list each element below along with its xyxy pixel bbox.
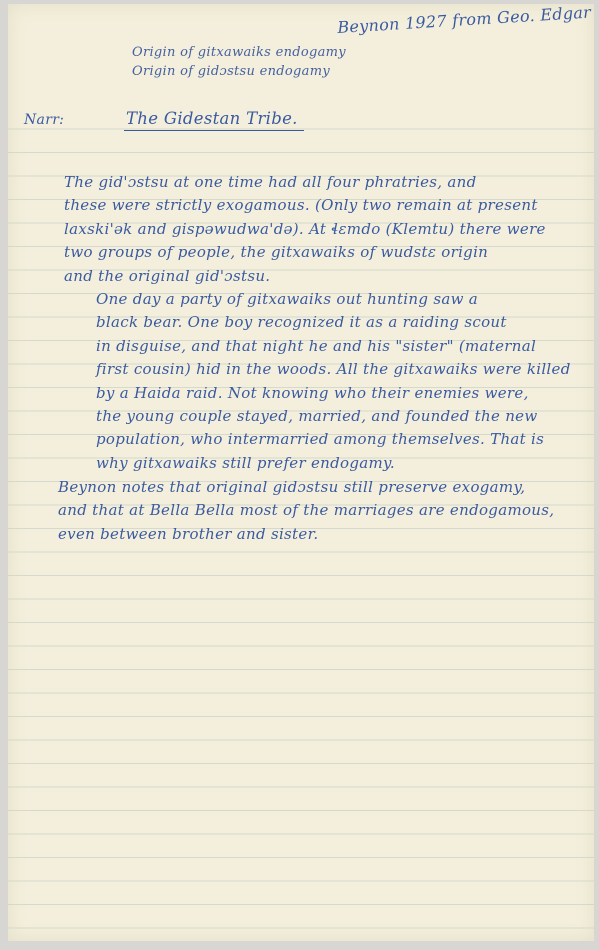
narrator-label: Narr: xyxy=(24,112,64,128)
handwritten-line: black bear. One boy recognized it as a r… xyxy=(96,311,571,334)
paragraph-story: One day a party of gitxawaiks out huntin… xyxy=(96,288,571,475)
handwritten-line: Beynon notes that original gidɔstsu stil… xyxy=(58,476,554,499)
handwritten-line: the young couple stayed, married, and fo… xyxy=(96,405,571,428)
header-line: Origin of gitxawaiks endogamy xyxy=(132,44,346,63)
handwritten-line: in disguise, and that night he and his "… xyxy=(96,335,571,358)
handwritten-line: these were strictly exogamous. (Only two… xyxy=(64,194,546,217)
handwritten-line: and the original gid'ɔstsu. xyxy=(64,265,546,288)
handwritten-line: laxski'ək and gispəwudwa'də). At ɬɛmdo (… xyxy=(64,218,546,241)
scanned-document: { "doc": { "annotation": "Beynon 1927 fr… xyxy=(0,0,599,950)
handwritten-line: first cousin) hid in the woods. All the … xyxy=(96,358,571,381)
handwritten-line: population, who intermarried among thems… xyxy=(96,428,571,451)
handwritten-line: why gitxawaiks still prefer endogamy. xyxy=(96,452,571,475)
paragraph-conclusion: Beynon notes that original gidɔstsu stil… xyxy=(58,476,554,546)
handwritten-line: even between brother and sister. xyxy=(58,523,554,546)
handwritten-line: by a Haida raid. Not knowing who their e… xyxy=(96,382,571,405)
header-line: Origin of gidɔstsu endogamy xyxy=(132,63,346,82)
source-annotation: Beynon 1927 from Geo. Edgar xyxy=(337,3,592,37)
handwritten-line: two groups of people, the gitxawaiks of … xyxy=(64,241,546,264)
handwritten-line: One day a party of gitxawaiks out huntin… xyxy=(96,288,571,311)
paragraph-intro: The gid'ɔstsu at one time had all four p… xyxy=(64,171,546,288)
handwritten-line: and that at Bella Bella most of the marr… xyxy=(58,499,554,522)
page-title: The Gidestan Tribe. xyxy=(124,109,304,131)
header-notes: Origin of gitxawaiks endogamy Origin of … xyxy=(132,44,346,81)
notebook-page: Beynon 1927 from Geo. Edgar Origin of gi… xyxy=(8,4,594,941)
handwritten-line: The gid'ɔstsu at one time had all four p… xyxy=(64,171,546,194)
